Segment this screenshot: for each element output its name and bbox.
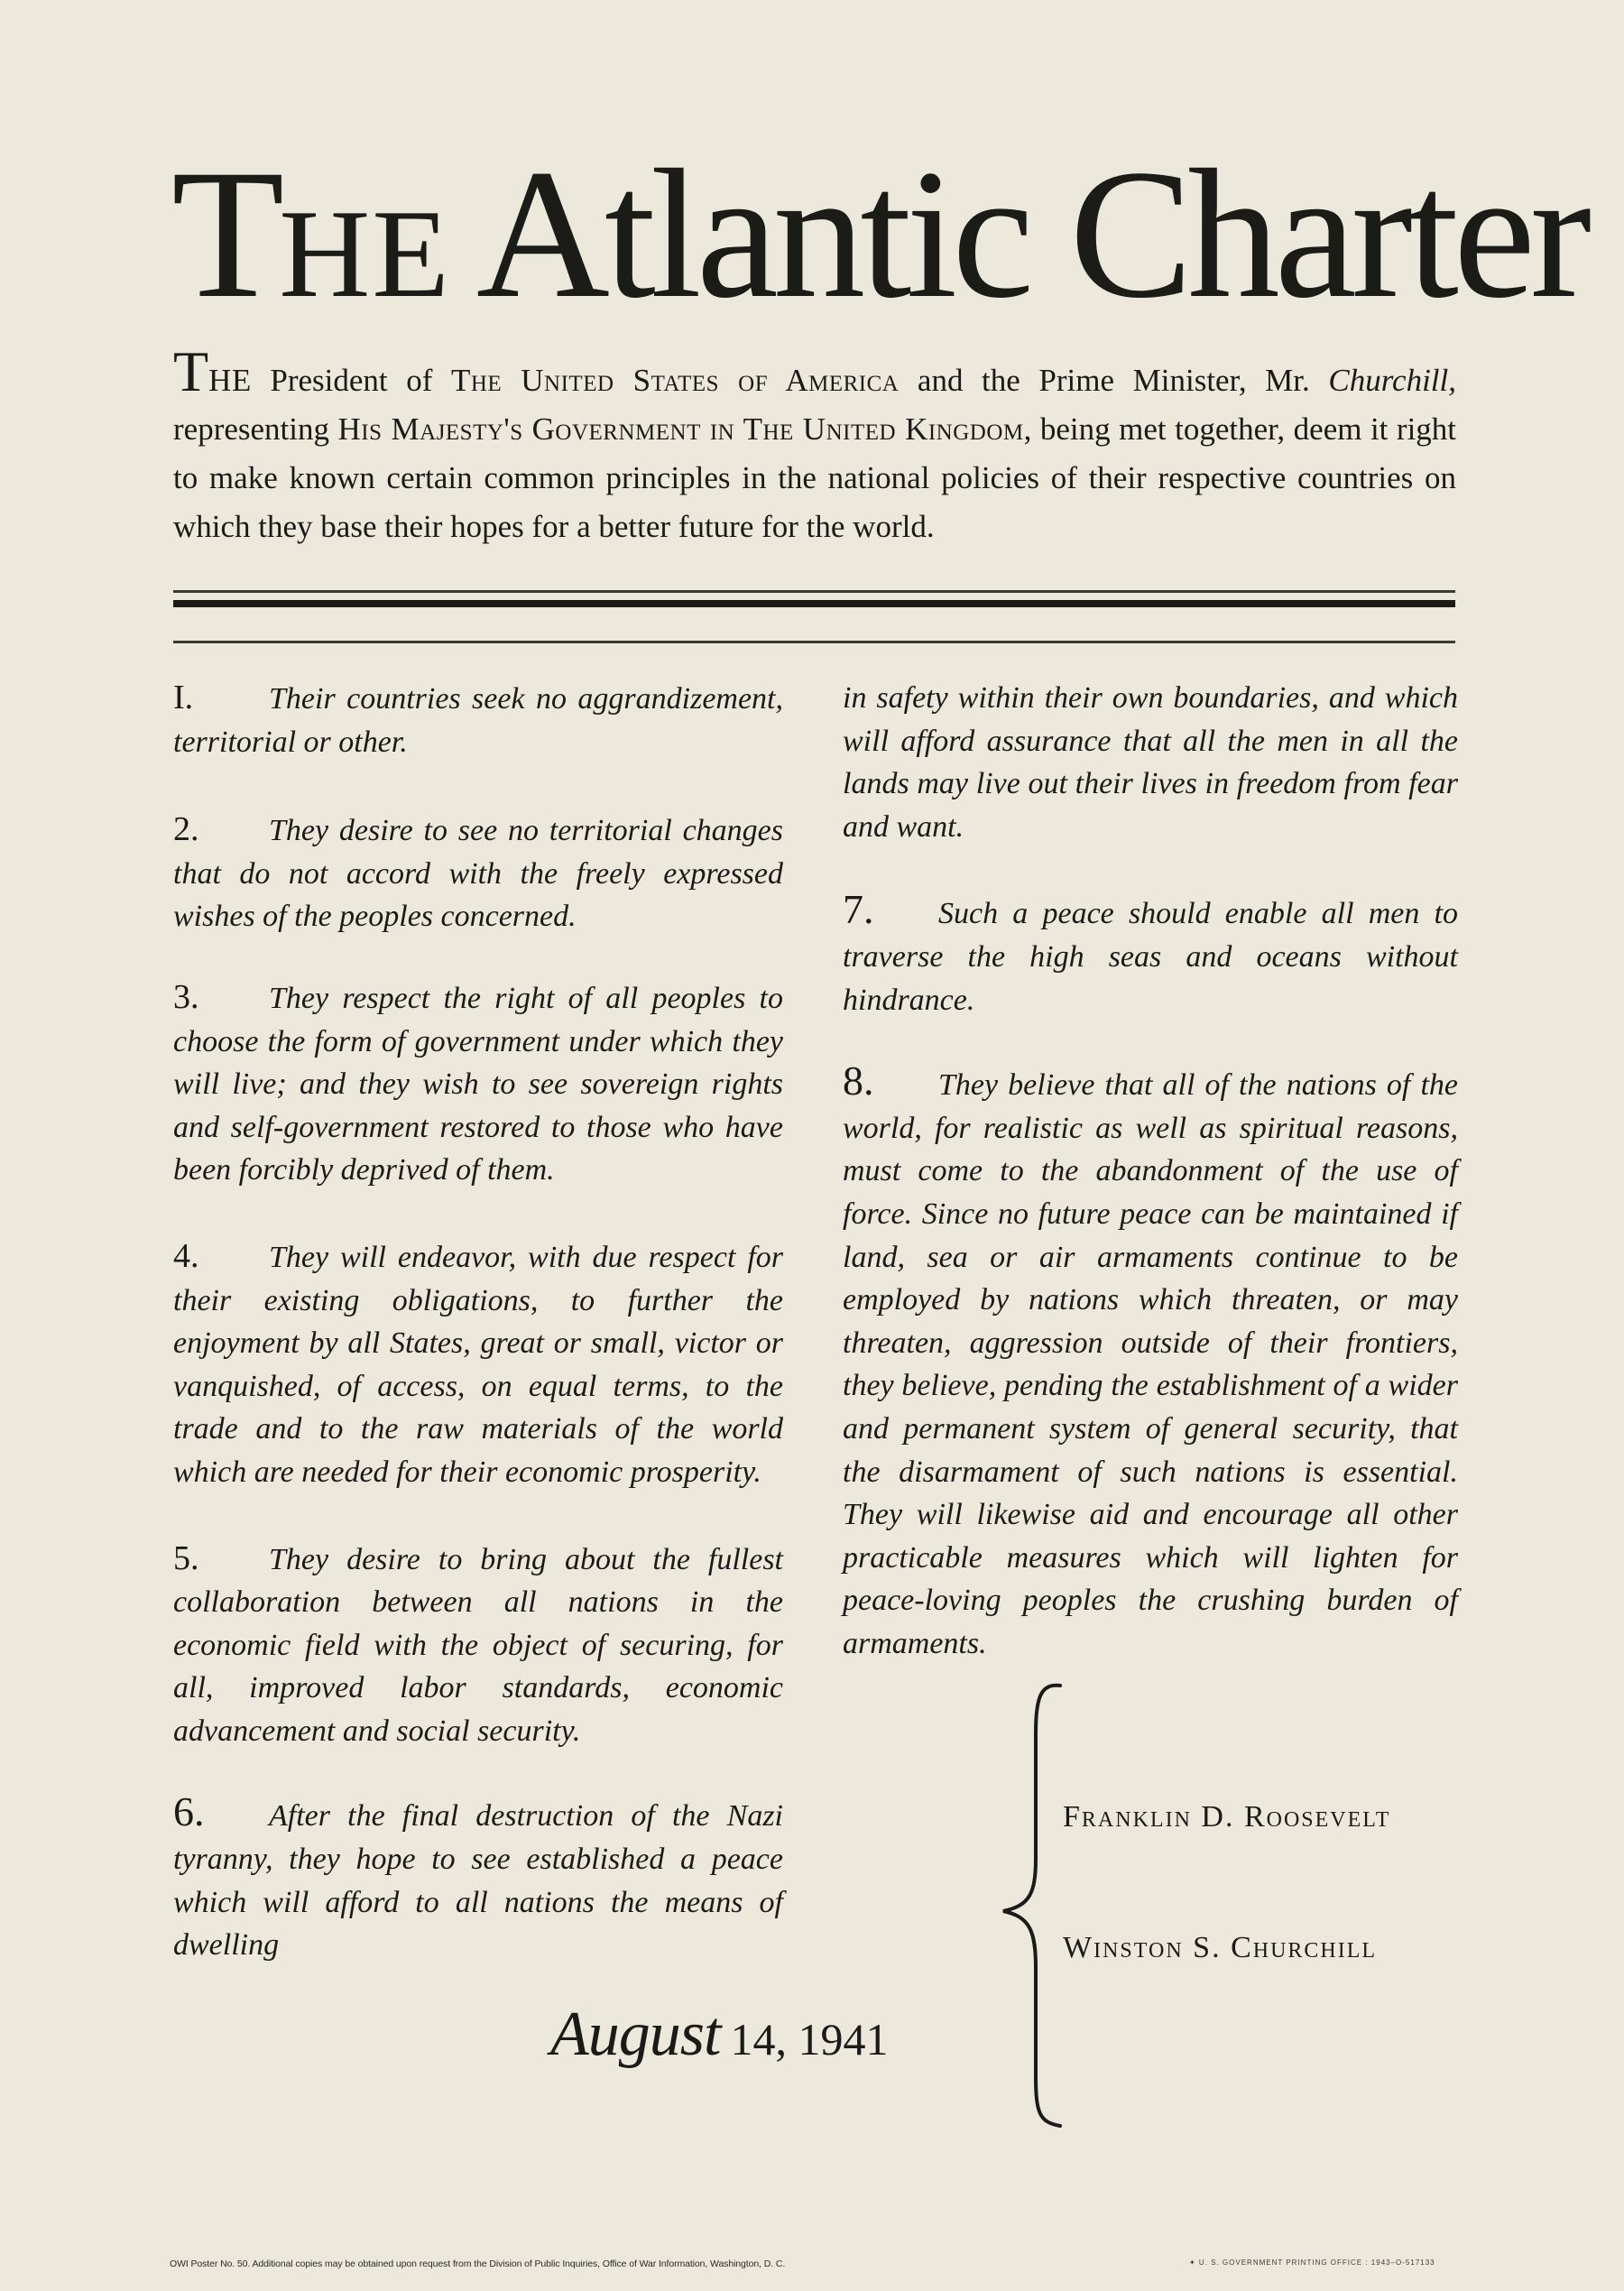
article-number: 7.: [843, 888, 938, 931]
signatory-churchill: Winston S. Churchill: [1063, 1931, 1377, 1965]
article-4: 4.They will endeavor, with due respect f…: [173, 1235, 783, 1494]
date-month: August: [550, 2000, 720, 2069]
article-2: 2.They desire to see no territorial chan…: [173, 808, 783, 938]
footer-printing-office: ✦ U. S. GOVERNMENT PRINTING OFFICE : 194…: [1189, 2259, 1435, 2267]
article-8: 8.They believe that all of the nations o…: [843, 1059, 1458, 1665]
article-6: 6.After the final destruction of the Naz…: [173, 1790, 783, 1966]
preamble-s1: HE: [208, 363, 252, 398]
article-number: 3.: [173, 976, 269, 1020]
right-column: in safety within their own boundaries, a…: [843, 677, 1458, 1665]
top-thin-rule: [173, 590, 1455, 593]
preamble-drop-cap: T: [173, 339, 208, 403]
poster-title: THEAtlantic Charter: [171, 144, 1462, 345]
preamble-usa: The United States of America: [451, 363, 899, 398]
preamble-s2: President of: [252, 363, 451, 398]
preamble-s6: representing: [173, 411, 338, 447]
title-the-cap: T: [171, 132, 279, 337]
title-the-rest: HE: [279, 184, 451, 324]
article-number: 2.: [173, 808, 269, 852]
article-1: I.Their countries seek no aggrandizement…: [173, 677, 783, 763]
curly-brace-icon: [992, 1678, 1065, 2129]
article-number: 8.: [843, 1059, 938, 1103]
bottom-thin-rule: [173, 641, 1455, 643]
preamble: THE President of The United States of Am…: [173, 354, 1456, 551]
article-6-continuation: in safety within their own boundaries, a…: [843, 677, 1458, 848]
title-main: Atlantic Charter: [476, 132, 1586, 337]
left-column: I.Their countries seek no aggrandizement…: [173, 677, 783, 1967]
date-day-year: 14, 1941: [730, 2014, 888, 2065]
article-3: 3.They respect the right of all peoples …: [173, 976, 783, 1192]
article-number: 5.: [173, 1538, 269, 1581]
article-number: 4.: [173, 1235, 269, 1279]
preamble-uk-government: His Majesty's Government in The United K…: [338, 411, 1024, 447]
signing-date: August 14, 1941: [550, 1999, 888, 2071]
thick-rule: [173, 600, 1455, 607]
preamble-s4: and the Prime Minister, Mr.: [899, 363, 1328, 398]
signatory-roosevelt: Franklin D. Roosevelt: [1063, 1800, 1390, 1834]
article-number: 6.: [173, 1790, 269, 1834]
article-text: in safety within their own boundaries, a…: [843, 681, 1458, 844]
preamble-churchill: Churchill,: [1328, 363, 1456, 398]
article-7: 7.Such a peace should enable all men to …: [843, 888, 1458, 1021]
article-number: I.: [173, 677, 269, 720]
article-text: They believe that all of the nations of …: [843, 1068, 1458, 1660]
footer-publication-note: OWI Poster No. 50. Additional copies may…: [170, 2259, 785, 2269]
article-5: 5.They desire to bring about the fullest…: [173, 1538, 783, 1753]
